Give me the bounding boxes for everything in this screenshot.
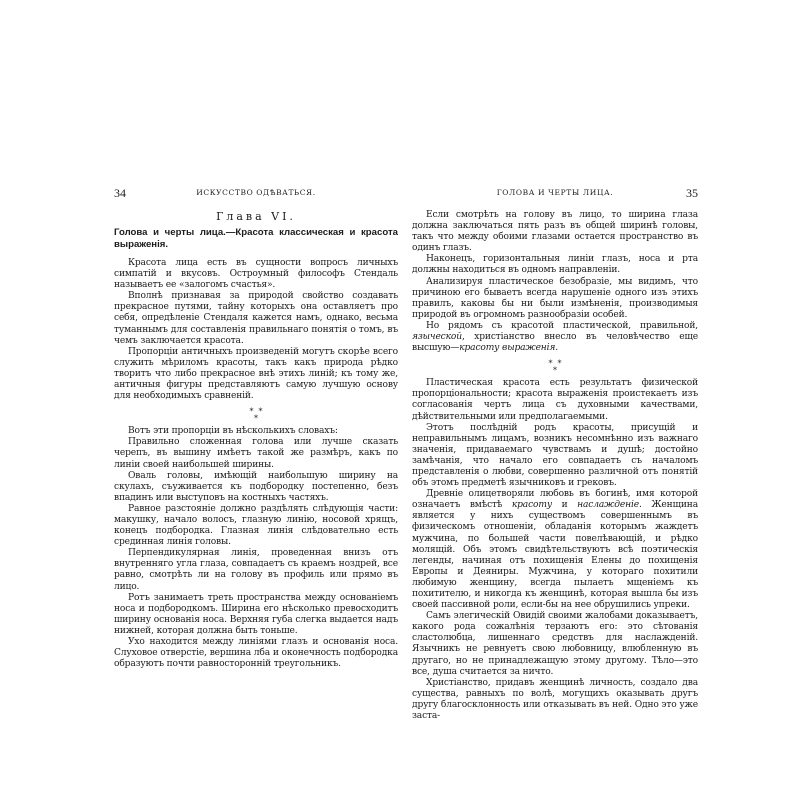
paragraph: Этотъ послѣдній родъ красоты, присущій и…: [412, 423, 698, 490]
running-head: голова и черты лица.: [412, 188, 698, 197]
paragraph: Пропорціи античныхъ произведеній могутъ …: [114, 347, 398, 402]
text-run: и: [552, 500, 577, 510]
paragraph: Вполнѣ признавая за природой свойство со…: [114, 291, 398, 346]
text-run: . Женщина является у нихъ существомъ сов…: [412, 500, 698, 610]
paragraph: Правильно сложенная голова или лучше ска…: [114, 437, 398, 470]
paragraph: Анализируя пластическое безобразіе, мы в…: [412, 277, 698, 321]
paragraph: Древніе олицетворяли любовь въ богинѣ, и…: [412, 489, 698, 611]
paragraph: Равное разстояніе должно раздѣлять слѣду…: [114, 504, 398, 548]
section-separator: * **: [114, 408, 398, 422]
chapter-title: Голова и черты лица.—Красота классическа…: [114, 227, 398, 250]
paragraph: Красота лица есть въ сущности вопросъ ли…: [114, 258, 398, 291]
italic-text: языческой: [412, 332, 462, 342]
paragraph: Самъ элегическій Овидій своими жалобами …: [412, 611, 698, 678]
paragraph: Ротъ занимаетъ треть пространства между …: [114, 593, 398, 637]
paragraph: Если смотрѣть на голову въ лицо, то шири…: [412, 210, 698, 254]
paragraph: Христіанство, придавъ женщинѣ личность, …: [412, 678, 698, 722]
chapter-label: Глава VI.: [114, 210, 398, 223]
left-running-header: 34 искусство одѣваться.: [114, 186, 398, 202]
italic-text: наслажденіе: [577, 500, 639, 510]
right-page: голова и черты лица. 35 Если смотрѣть на…: [412, 186, 698, 722]
paragraph: Оваль головы, имѣющій наибольшую ширину …: [114, 471, 398, 504]
italic-text: красоту: [512, 500, 552, 510]
paragraph: Вотъ эти пропорціи въ нѣсколькихъ словах…: [114, 426, 398, 437]
paragraph: Но рядомъ съ красотой пластической, прав…: [412, 321, 698, 354]
text-run: Но рядомъ съ красотой пластической, прав…: [426, 321, 698, 331]
page-number: 35: [686, 186, 698, 201]
section-separator: * **: [412, 360, 698, 374]
italic-text: красоту выраженія: [459, 343, 555, 353]
text-run: .: [555, 343, 558, 353]
running-head: искусство одѣваться.: [114, 188, 398, 197]
paragraph: Ухо находится между линіями глазъ и осно…: [114, 637, 398, 670]
right-running-header: голова и черты лица. 35: [412, 186, 698, 202]
paragraph: Наконецъ, горизонтальныя линіи глазъ, но…: [412, 254, 698, 276]
left-page: 34 искусство одѣваться. Глава VI. Голова…: [114, 186, 398, 670]
paragraph: Пластическая красота есть результатъ физ…: [412, 378, 698, 422]
paragraph: Перпендикулярная линія, проведенная вниз…: [114, 548, 398, 592]
